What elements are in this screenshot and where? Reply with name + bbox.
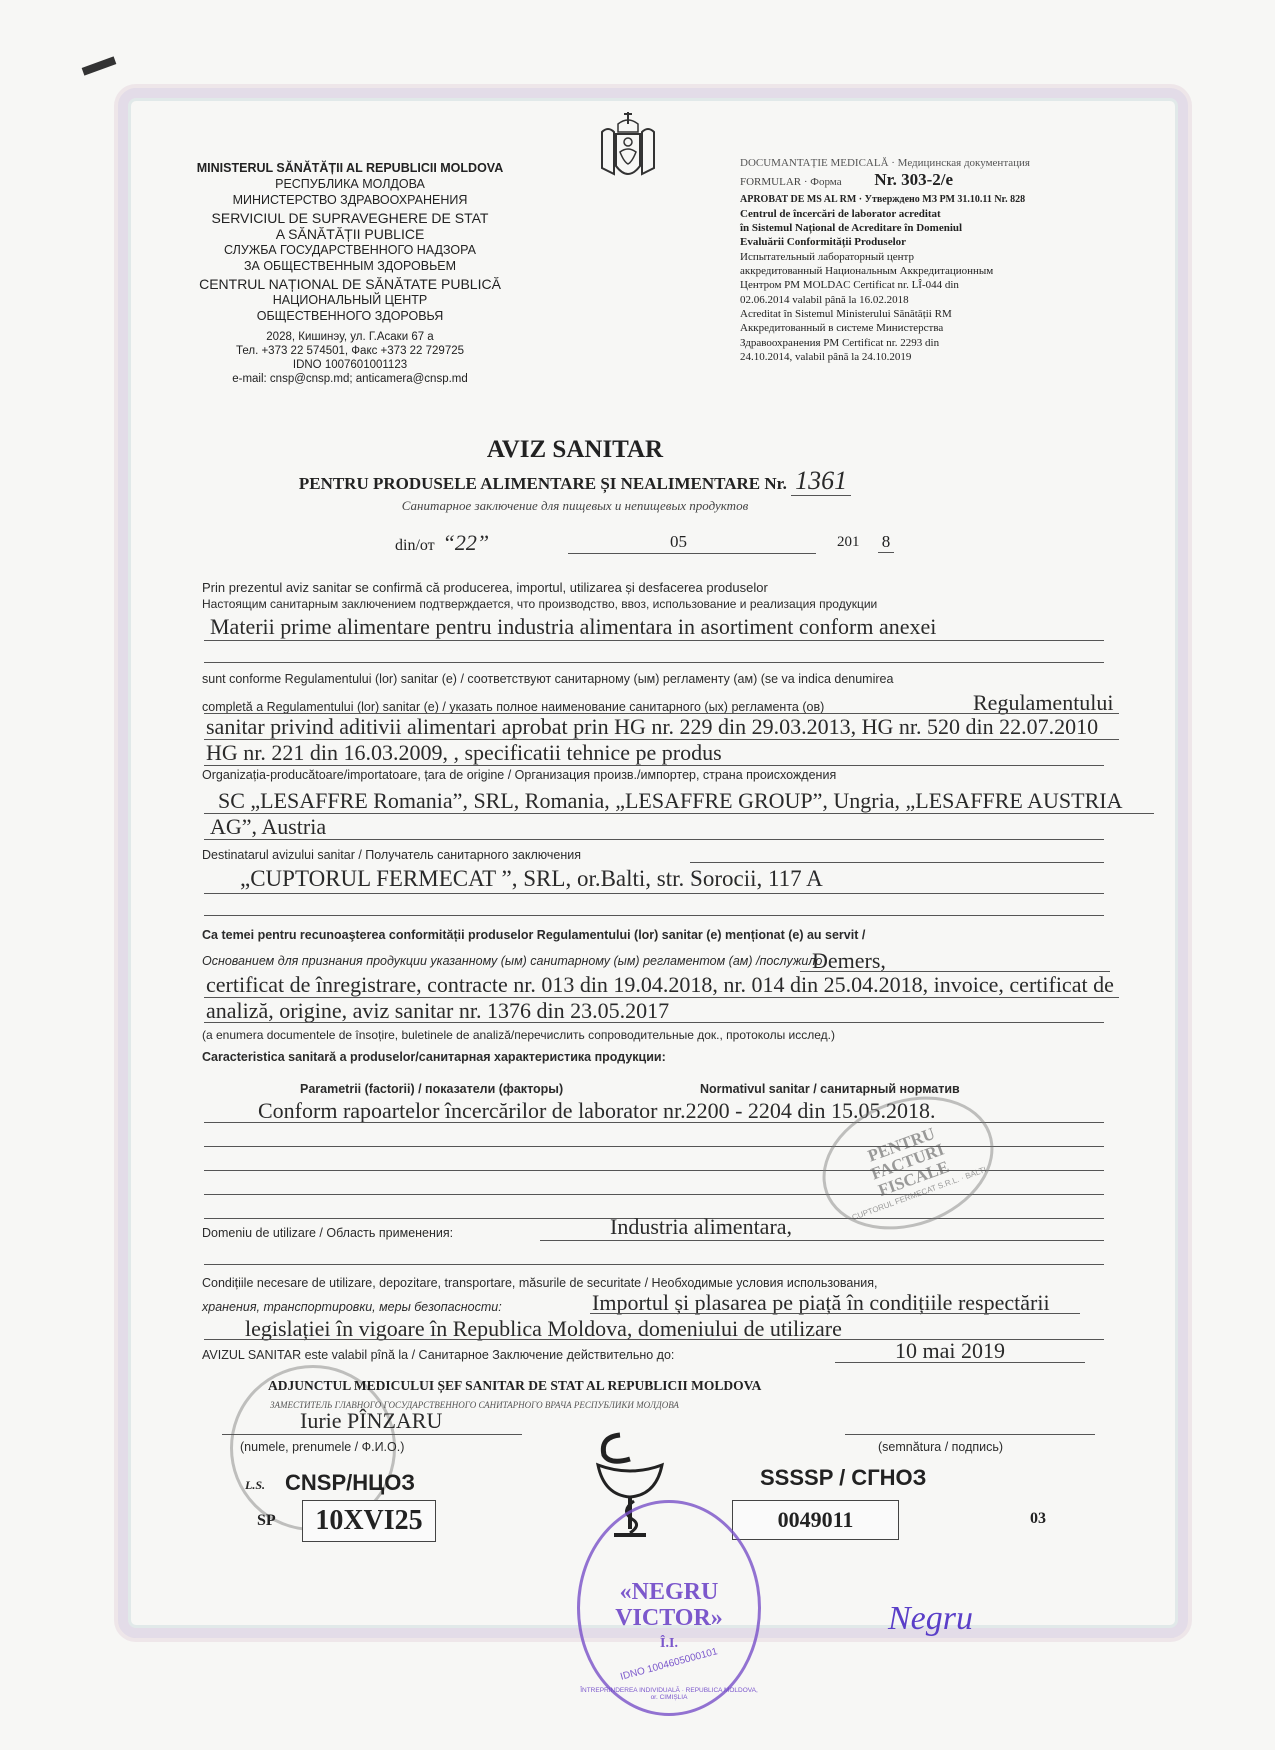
service-ro-1: SERVICIUL DE SUPRAVEGHERE DE STAT bbox=[180, 210, 520, 226]
date-month: 05 bbox=[670, 532, 687, 552]
date-year-suffix: 8 bbox=[878, 532, 894, 553]
basis-note: (a enumera documentele de însoțire, bule… bbox=[202, 1028, 835, 1042]
stamp-ring-text: ÎNTREPRINDEREA INDIVIDUALĂ · REPUBLICA M… bbox=[580, 1687, 758, 1701]
sp-value-box: 10XVI25 bbox=[302, 1500, 436, 1542]
basis-label-ro: Ca temei pentru recunoaşterea conformită… bbox=[202, 928, 865, 942]
idno: IDNO 1007601001123 bbox=[180, 358, 520, 372]
issuer-block: MINISTERUL SĂNĂTĂȚII AL REPUBLICII MOLDO… bbox=[180, 160, 520, 386]
service-ru-2: ЗА ОБЩЕСТВЕННЫМ ЗДОРОВЬЕМ bbox=[180, 258, 520, 274]
form-block: DOCUMANTAȚIE MEDICALĂ · Медицинская доку… bbox=[740, 156, 1110, 364]
regulation-label-2: completă a Regulamentului (lor) sanitar … bbox=[202, 700, 824, 714]
conditions-label-ro: Condițiile necesare de utilizare, depozi… bbox=[202, 1276, 878, 1290]
sp-label: SP bbox=[257, 1512, 276, 1530]
param-label: Parametrii (factorii) / показатели (факт… bbox=[300, 1082, 563, 1096]
cnsp-label: CNSP/НЦОЗ bbox=[285, 1470, 415, 1496]
ssssp-suffix: 03 bbox=[1030, 1510, 1046, 1528]
recipient-value: „CUPTORUL FERMECAT ”, SRL, or.Balti, str… bbox=[240, 866, 823, 892]
signatory-title-ro: ADJUNCTUL MEDICULUI ȘEF SANITAR DE STAT … bbox=[268, 1378, 761, 1394]
domain-label: Domeniu de utilizare / Область применени… bbox=[202, 1226, 453, 1240]
subtitle-ru: Санитарное заключение для пищевых и непи… bbox=[250, 498, 900, 514]
confirmation-label-ro: Prin prezentul aviz sanitar se confirmă … bbox=[202, 580, 768, 595]
lab-ru-4: 02.06.2014 valabil până la 16.02.2018 bbox=[740, 293, 1110, 307]
handwritten-signature: Negru bbox=[888, 1600, 973, 1638]
validity-label: AVIZUL SANITAR este valabil pînă la / Са… bbox=[202, 1348, 674, 1362]
service-ro-2: A SĂNĂTĂȚII PUBLICE bbox=[180, 226, 520, 242]
form-line: FORMULAR · Форма Nr. 303-2/e bbox=[740, 173, 1110, 189]
service-ru-1: СЛУЖБА ГОСУДАРСТВЕННОГО НАДЗОРА bbox=[180, 242, 520, 258]
coat-of-arms-icon bbox=[588, 104, 668, 194]
approved-line: APROBAT DE MS AL RM · Утверждено МЗ РМ 3… bbox=[740, 193, 1110, 207]
validity-value: 10 mai 2019 bbox=[895, 1338, 1005, 1364]
accr-3: Здравоохранения РМ Certificat nr. 2293 d… bbox=[740, 336, 1110, 350]
republic-ru: РЕСПУБЛИКА МОЛДОВА bbox=[180, 176, 520, 192]
stamp-line-2: VICTOR» bbox=[580, 1605, 758, 1631]
ls-mark: L.S. bbox=[245, 1478, 265, 1493]
domain-value: Industria alimentara, bbox=[610, 1214, 792, 1240]
basis-value-2: certificat de înregistrare, contracte nr… bbox=[206, 972, 1114, 998]
negru-victor-stamp: «NEGRU VICTOR» Î.I. IDNO 1004605000101 Î… bbox=[577, 1500, 761, 1716]
ssssp-label: SSSSP / СГНОЗ bbox=[760, 1465, 926, 1491]
doc-type: DOCUMANTAȚIE MEDICALĂ · Медицинская доку… bbox=[740, 156, 1110, 170]
characteristics-value: Conform rapoartelor încercărilor de labo… bbox=[258, 1098, 936, 1124]
title-block: AVIZ SANITAR PENTRU PRODUSELE ALIMENTARE… bbox=[250, 436, 900, 514]
characteristics-label: Caracteristica sanitară a produselor/сан… bbox=[202, 1050, 666, 1064]
center-ru-2: ОБЩЕСТВЕННОГО ЗДОРОВЬЯ bbox=[180, 308, 520, 324]
norm-label: Normativul sanitar / санитарный норматив bbox=[700, 1082, 960, 1096]
conditions-label-ru: хранения, транспортировки, меры безопасн… bbox=[202, 1300, 502, 1314]
producer-value-2: AG”, Austria bbox=[210, 814, 326, 840]
lab-ro-2: în Sistemul Național de Acreditare în Do… bbox=[740, 221, 1110, 235]
lab-ro-1: Centrul de încercări de laborator acredi… bbox=[740, 207, 1110, 221]
stamp-line-1: «NEGRU bbox=[580, 1579, 758, 1605]
date-label: din/от bbox=[395, 537, 435, 554]
regulation-label-1: sunt conforme Regulamentului (lor) sanit… bbox=[202, 672, 893, 686]
regulation-value-3: HG nr. 221 din 16.03.2009, , specificati… bbox=[206, 740, 722, 766]
lab-ro-3: Evaluării Conformității Produselor bbox=[740, 235, 1110, 249]
address: 2028, Кишинэу, ул. Г.Асаки 67 а bbox=[180, 330, 520, 344]
form-label: FORMULAR · Форма bbox=[740, 176, 842, 188]
center-ru-1: НАЦИОНАЛЬНЫЙ ЦЕНТР bbox=[180, 292, 520, 308]
date-year-prefix: 201 bbox=[837, 534, 860, 551]
producer-value-1: SC „LESAFFRE Romania”, SRL, Romania, „LE… bbox=[218, 788, 1122, 814]
products-value: Materii prime alimentare pentru industri… bbox=[210, 614, 936, 640]
ssssp-value-box: 0049011 bbox=[732, 1500, 899, 1540]
producer-label: Organizația-producătoare/importatoare, ț… bbox=[202, 768, 836, 782]
confirmation-label-ru: Настоящим санитарным заключением подтвер… bbox=[202, 597, 877, 611]
name-label: (numele, prenumele / Ф.И.О.) bbox=[240, 1440, 404, 1454]
lab-ru-1: Испытательный лабораторный центр bbox=[740, 250, 1110, 264]
ministry-ru: МИНИСТЕРСТВО ЗДРАВООХРАНЕНИЯ bbox=[180, 192, 520, 208]
accr-1: Acreditat în Sistemul Ministerului Sănăt… bbox=[740, 307, 1110, 321]
regulation-value-2: sanitar privind aditivii alimentari apro… bbox=[206, 714, 1098, 740]
avis-number: 1361 bbox=[791, 466, 851, 496]
lab-ru-3: Центром РМ MOLDAC Certificat nr. LÎ-044 … bbox=[740, 278, 1110, 292]
center-ro: CENTRUL NAȚIONAL DE SĂNĂTATE PUBLICĂ bbox=[180, 276, 520, 292]
basis-value-3: analiză, origine, aviz sanitar nr. 1376 … bbox=[206, 998, 669, 1024]
signature-label: (semnătura / подпись) bbox=[878, 1440, 1003, 1454]
accr-2: Аккредитованный в системе Министерства bbox=[740, 321, 1110, 335]
phone: Тел. +373 22 574501, Факс +373 22 729725 bbox=[180, 344, 520, 358]
date-day: “22” bbox=[443, 530, 489, 555]
document-title: AVIZ SANITAR bbox=[250, 436, 900, 464]
email: e-mail: cnsp@cnsp.md; anticamera@cnsp.md bbox=[180, 372, 520, 386]
basis-label-ru: Основанием для признания продукции указа… bbox=[202, 954, 822, 968]
recipient-label: Destinatarul avizului sanitar / Получате… bbox=[202, 848, 581, 862]
issue-date: din/от “22” bbox=[395, 530, 489, 556]
document-subtitle: PENTRU PRODUSELE ALIMENTARE ȘI NEALIMENT… bbox=[250, 466, 900, 496]
accr-4: 24.10.2014, valabil până la 24.10.2019 bbox=[740, 350, 1110, 364]
lab-ru-2: аккредитованный Национальным Аккредитаци… bbox=[740, 264, 1110, 278]
form-number: Nr. 303-2/e bbox=[874, 170, 953, 189]
subtitle-text: PENTRU PRODUSELE ALIMENTARE ȘI NEALIMENT… bbox=[299, 474, 787, 493]
ministry-ro: MINISTERUL SĂNĂTĂȚII AL REPUBLICII MOLDO… bbox=[180, 160, 520, 176]
staple-mark bbox=[82, 56, 117, 75]
signatory-name: Iurie PÎNZARU bbox=[300, 1408, 442, 1434]
